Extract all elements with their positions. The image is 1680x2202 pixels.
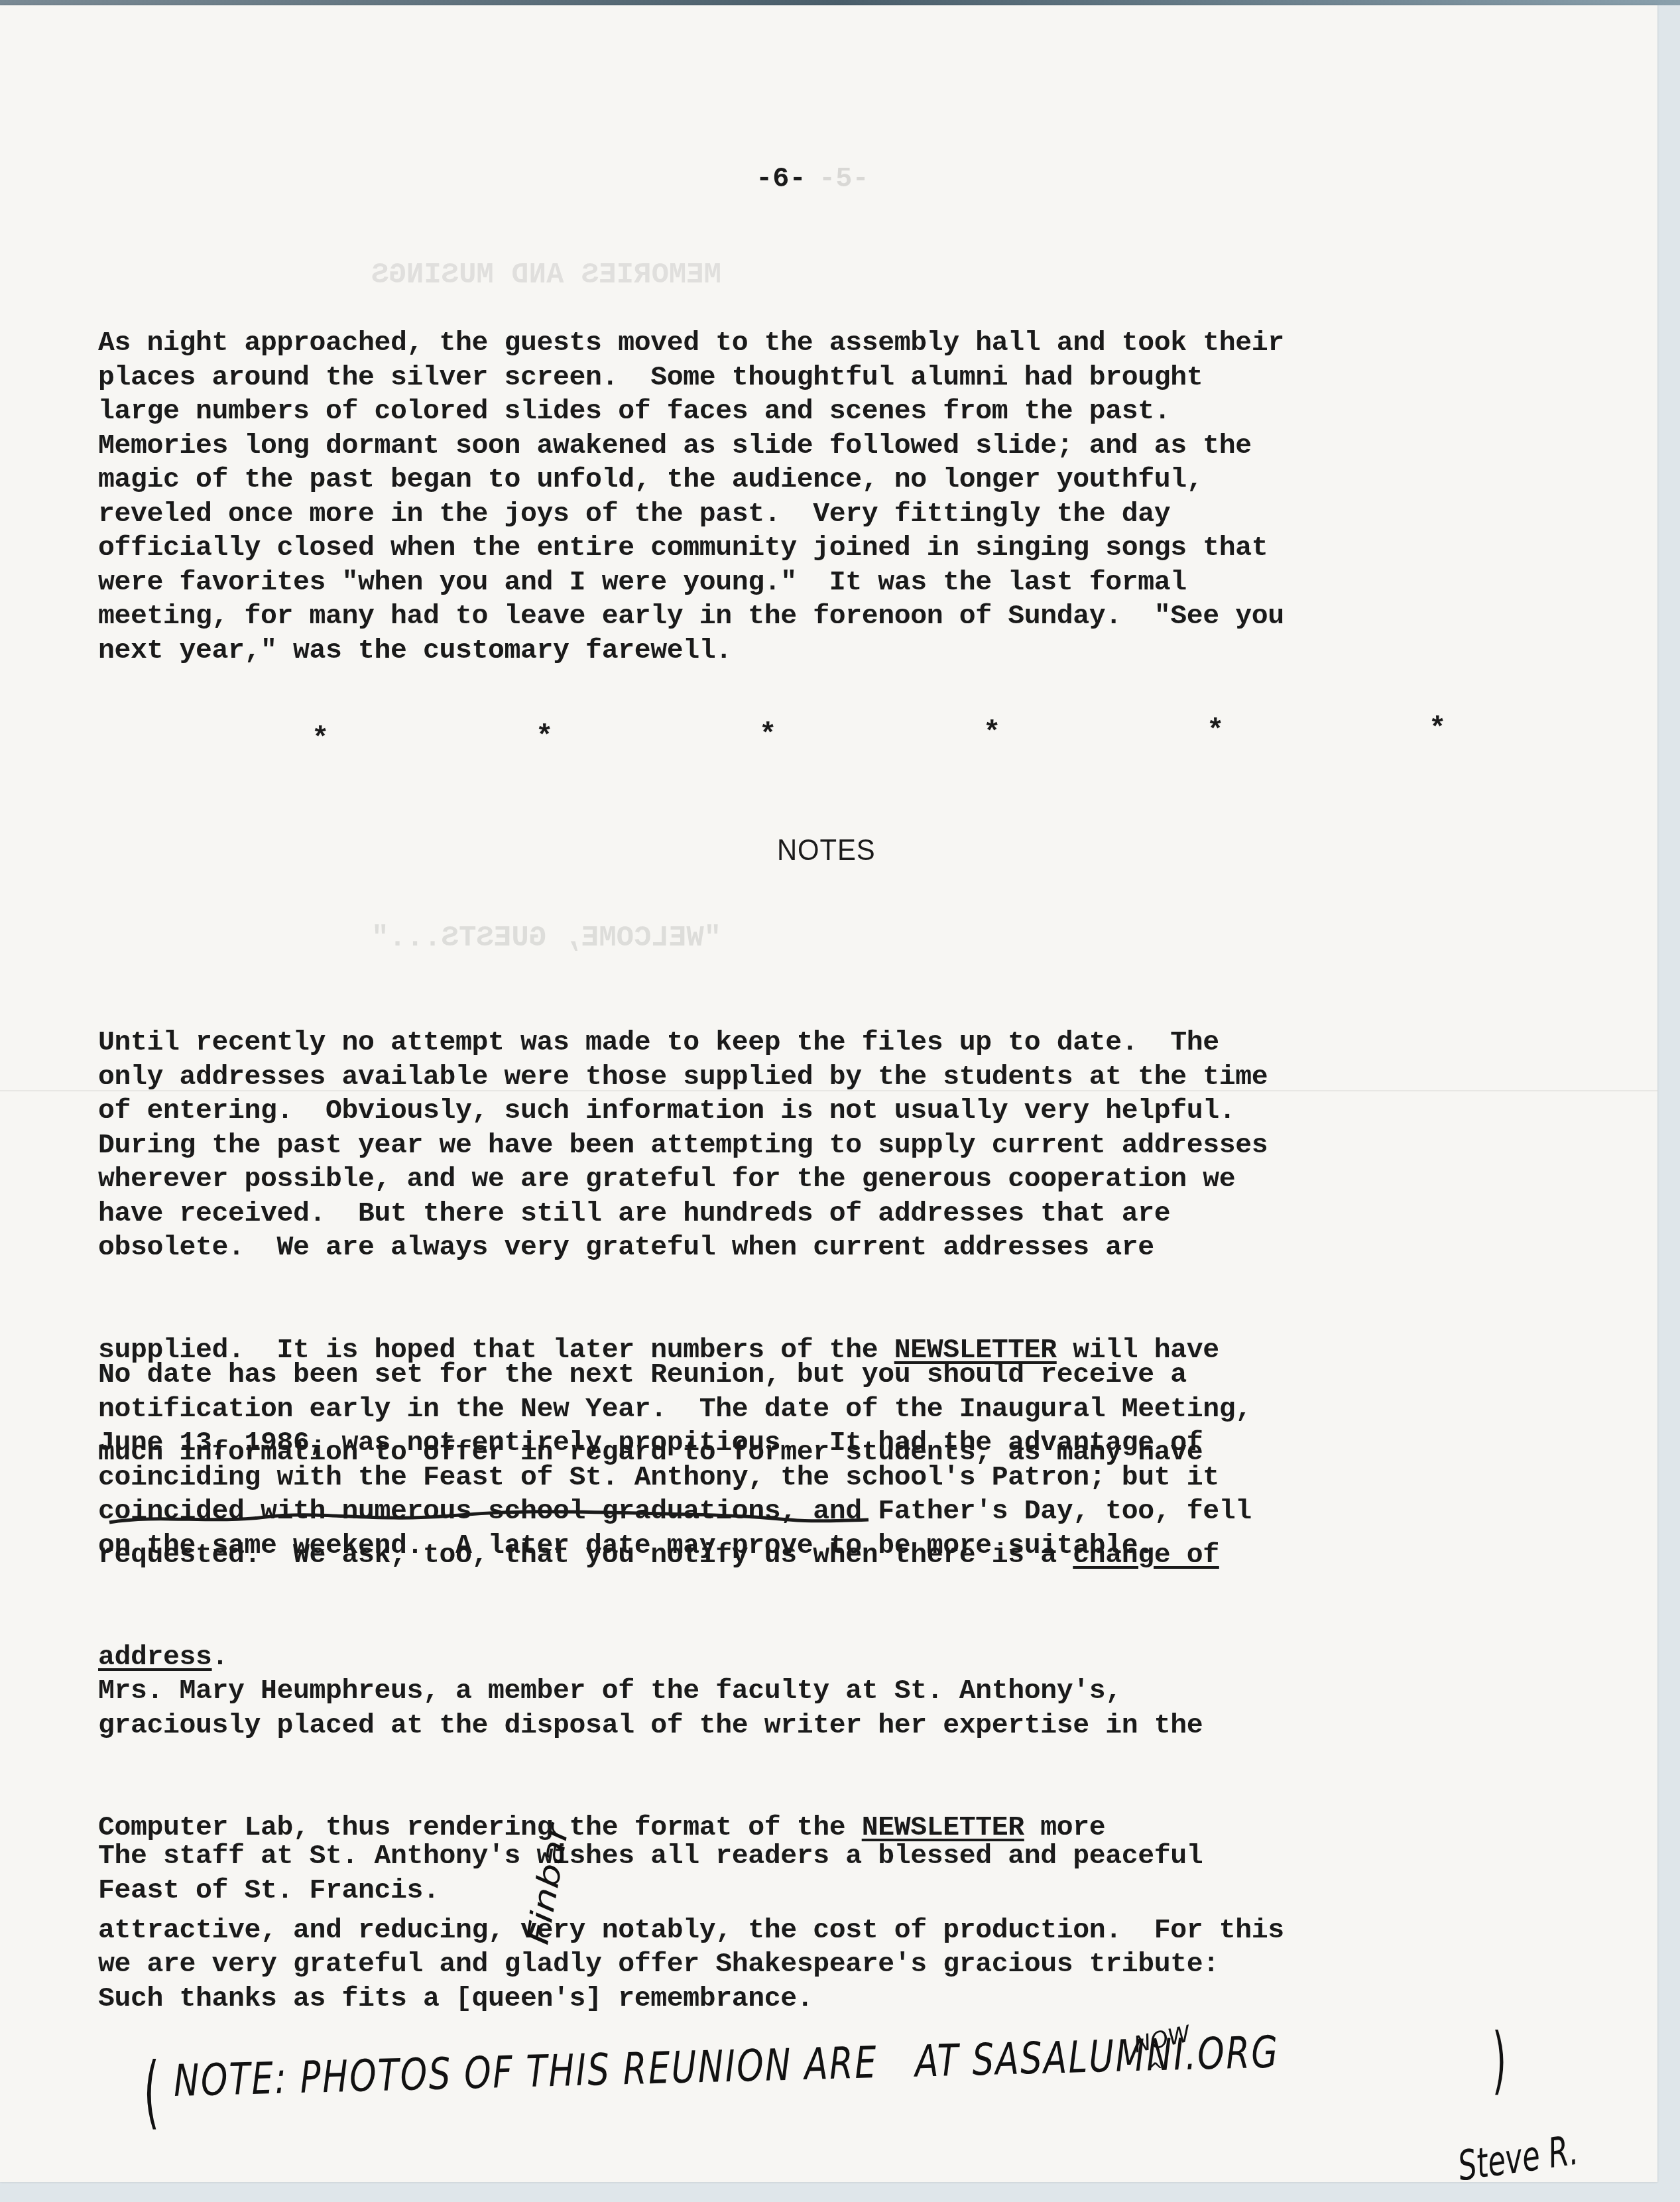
text-line: notification early in the New Year. The … (98, 1392, 1663, 1427)
ghost-page-number: -5- (819, 163, 869, 195)
text-line: attractive, and reducing, very notably, … (98, 1914, 1663, 1948)
newsletter-title: NEWSLETTER (862, 1812, 1024, 1843)
text-line: coinciding with the Feast of St. Anthony… (98, 1461, 1663, 1495)
text-line: Mrs. Mary Heumphreus, a member of the fa… (98, 1674, 1663, 1709)
text-line: Feast of St. Francis. (98, 1874, 1663, 1908)
text-line: Such thanks as fits a [queen's] remembra… (98, 1982, 1663, 2016)
intro-paragraph: As night approached, the guests moved to… (98, 326, 1663, 668)
separator-star: * (983, 717, 1000, 750)
scan-edge (0, 0, 1680, 5)
text-line: officially closed when the entire commun… (98, 531, 1663, 566)
text-line: meeting, for many had to leave early in … (98, 599, 1663, 634)
handwritten-signed-name: Steve R. (1455, 2126, 1581, 2191)
bleed-through-text: "WELCOME, GUESTS..." (371, 920, 721, 956)
separator-star: * (1429, 713, 1446, 746)
text-line: have received. But there still are hundr… (98, 1197, 1663, 1231)
text-line: June 13, 1986, was not entirely propitio… (98, 1426, 1663, 1461)
caret-mark: ^ (1147, 2059, 1164, 2083)
section-heading: NOTES (777, 834, 876, 867)
text-line: graciously placed at the disposal of the… (98, 1709, 1663, 1743)
bleed-through-text: MEMORIES AND MUSINGS (371, 257, 721, 293)
notes-paragraph-greeting: The staff at St. Anthony's wishes all re… (98, 1839, 1663, 1908)
text-line: reveled once more in the joys of the pas… (98, 497, 1663, 532)
text-line: As night approached, the guests moved to… (98, 326, 1663, 361)
text-line: Memories long dormant soon awakened as s… (98, 429, 1663, 463)
handwritten-paren: ( (144, 2046, 159, 2138)
text-line: The staff at St. Anthony's wishes all re… (98, 1839, 1663, 1874)
section-separator: ****** (0, 723, 1657, 749)
text-line: magic of the past began to unfold, the a… (98, 463, 1663, 497)
handwritten-wavy-underline (106, 1509, 941, 1536)
text-line: Until recently no attempt was made to ke… (98, 1026, 1663, 1060)
text-line: places around the silver screen. Some th… (98, 361, 1663, 395)
text-line: of entering. Obviously, such information… (98, 1094, 1663, 1129)
text-line: wherever possible, and we are grateful f… (98, 1162, 1663, 1197)
page-number: -6- (756, 163, 806, 195)
document-page: MEMORIES AND MUSINGS "WELCOME, GUESTS...… (0, 5, 1657, 2182)
separator-star: * (1207, 715, 1224, 748)
text-line: large numbers of colored slides of faces… (98, 395, 1663, 429)
text-line: only addresses available were those supp… (98, 1060, 1663, 1095)
text: more (1024, 1812, 1106, 1843)
text-line: During the past year we have been attemp… (98, 1129, 1663, 1163)
separator-star: * (536, 721, 553, 754)
handwritten-paren: ) (1492, 2018, 1506, 2103)
text-line: next year," was the customary farewell. (98, 634, 1663, 668)
text-line: obsolete. We are always very grateful wh… (98, 1231, 1663, 1265)
separator-star: * (312, 723, 329, 756)
text-line: were favorites "when you and I were youn… (98, 566, 1663, 600)
text-line: No date has been set for the next Reunio… (98, 1358, 1663, 1392)
text-line: we are very grateful and gladly offer Sh… (98, 1947, 1663, 1982)
text: Computer Lab, thus rendering the format … (98, 1812, 862, 1843)
separator-star: * (759, 719, 776, 752)
note-url: AT SASALUMNI.ORG (914, 2026, 1280, 2087)
